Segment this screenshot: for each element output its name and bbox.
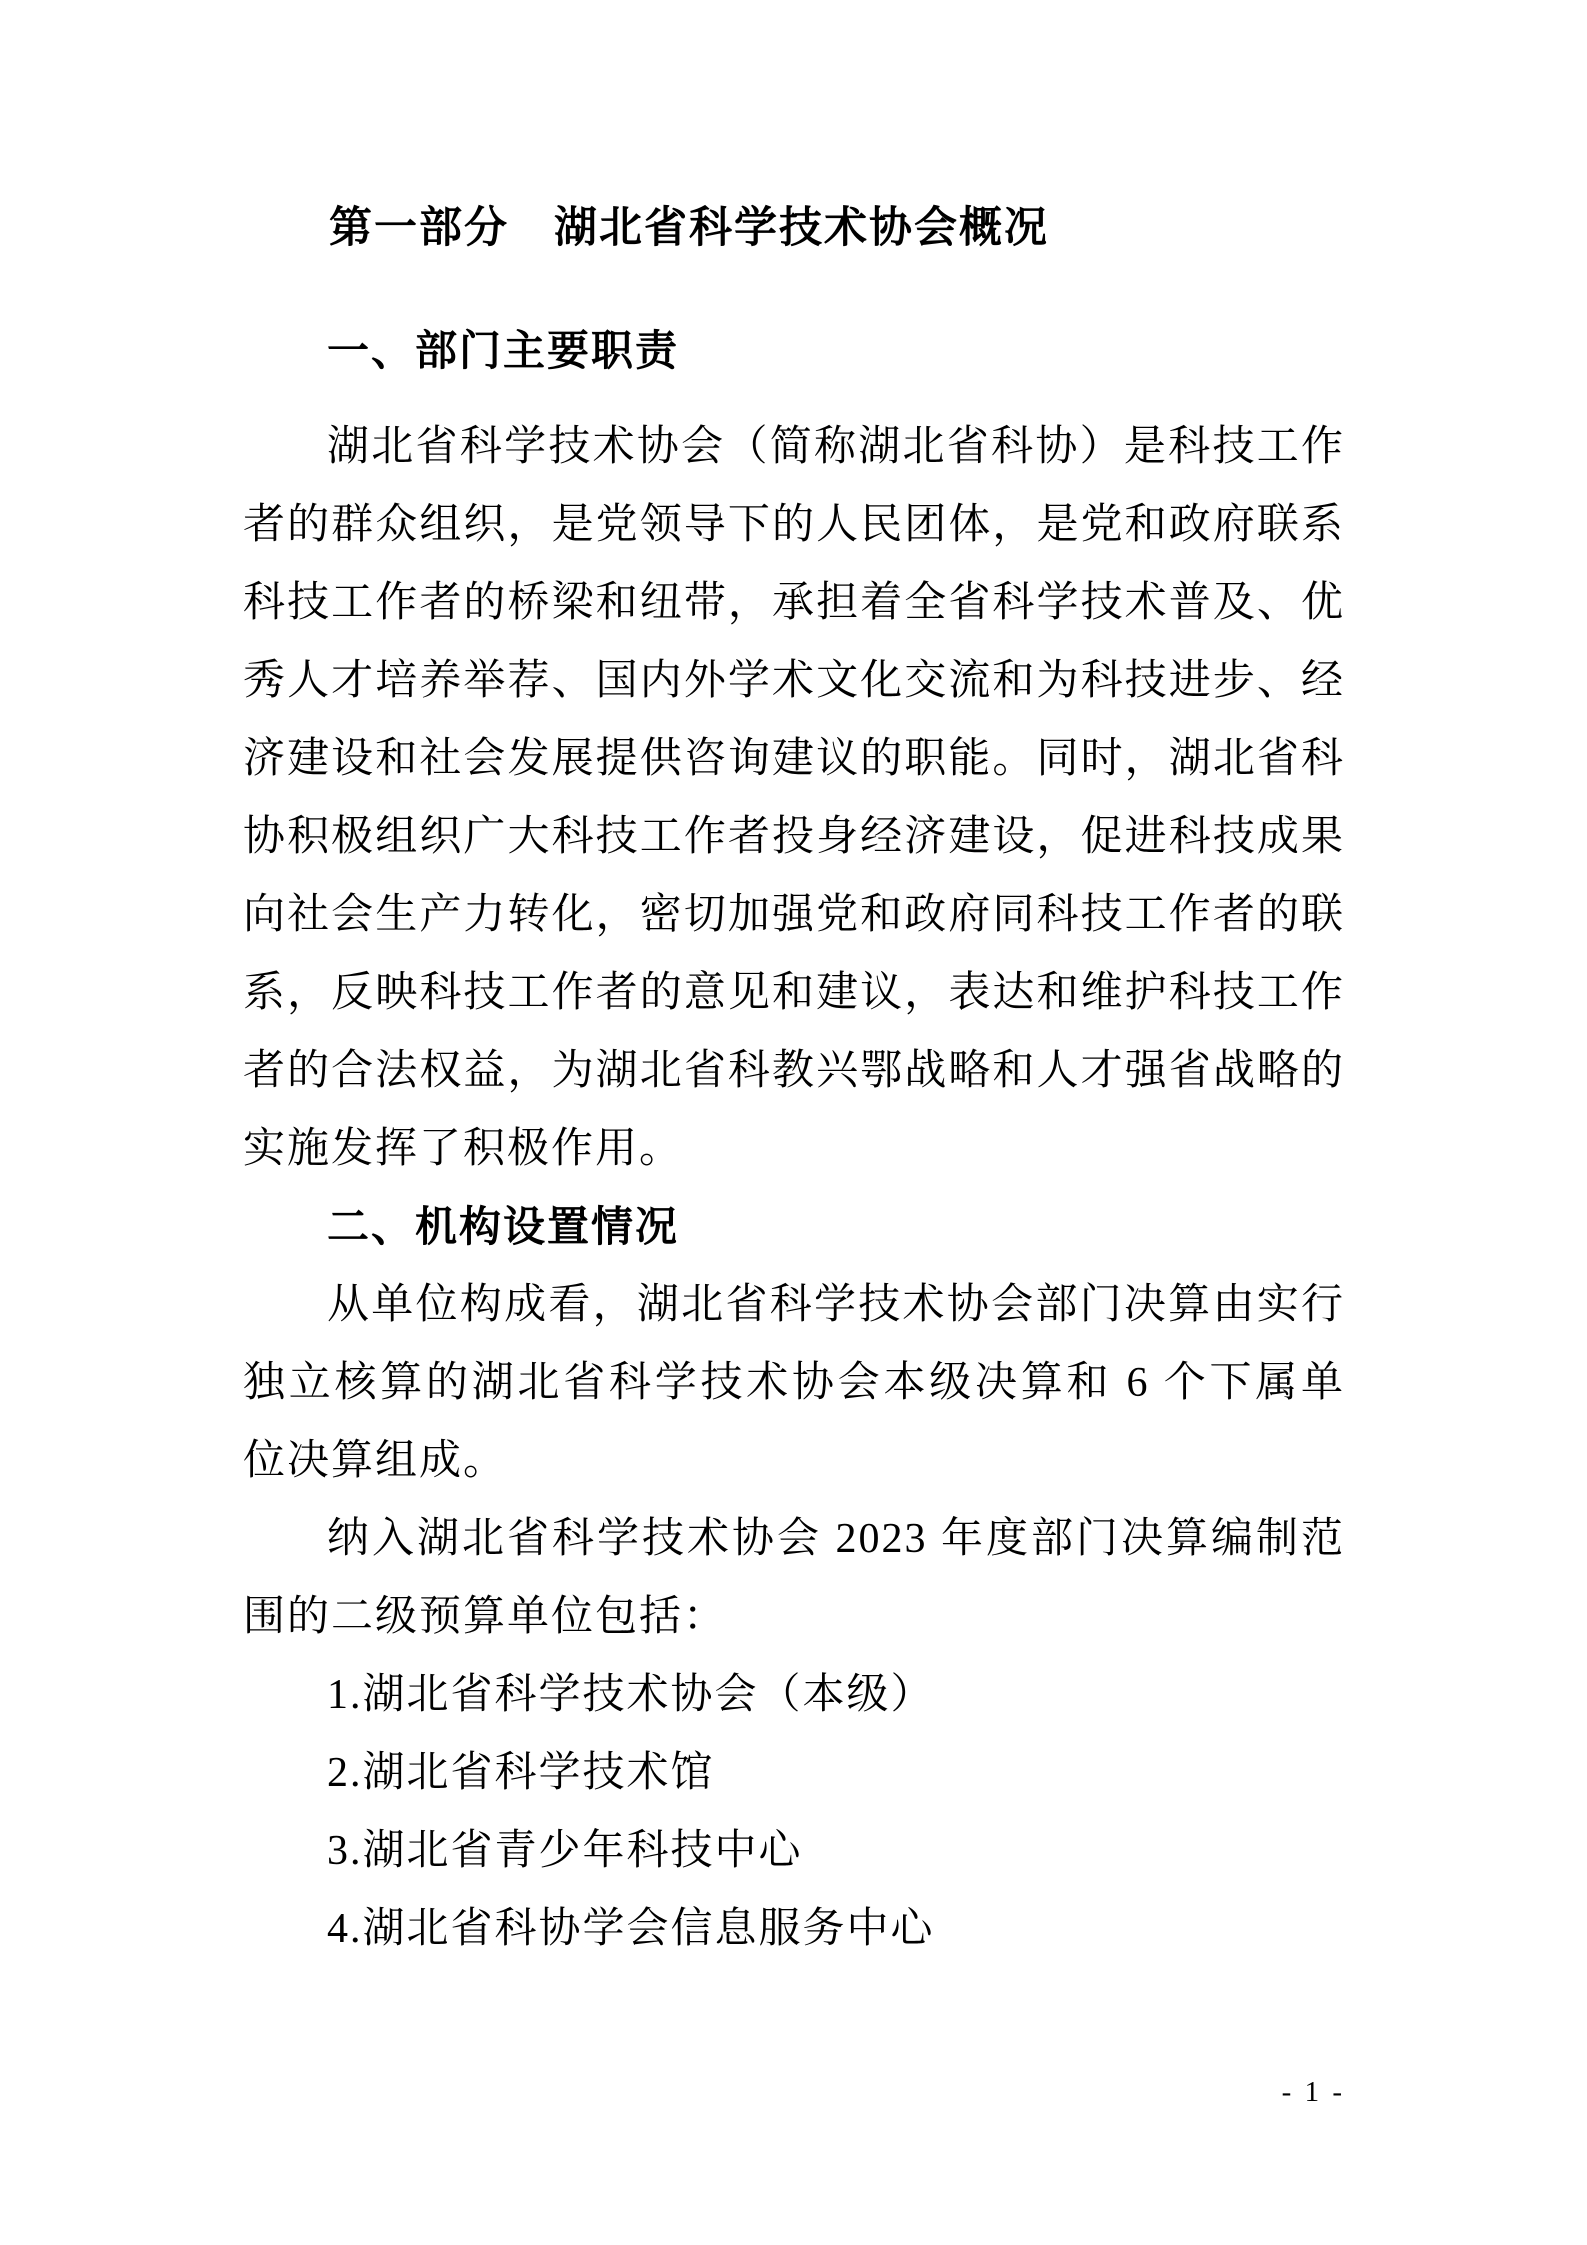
- section-duties-paragraph: 湖北省科学技术协会（简称湖北省科协）是科技工作者的群众组织，是党领导下的人民团体…: [243, 408, 1345, 1188]
- budget-unit-item-4: 4.湖北省科协学会信息服务中心: [243, 1890, 1345, 1968]
- document-page: 第一部分 湖北省科学技术协会概况 一、部门主要职责 湖北省科学技术协会（简称湖北…: [0, 0, 1587, 2245]
- budget-unit-item-2: 2.湖北省科学技术馆: [243, 1734, 1345, 1812]
- section-organization: 二、机构设置情况 从单位构成看，湖北省科学技术协会部门决算由实行独立核算的湖北省…: [243, 1188, 1345, 1968]
- budget-unit-list: 1.湖北省科学技术协会（本级） 2.湖北省科学技术馆 3.湖北省青少年科技中心 …: [243, 1656, 1345, 1968]
- budget-unit-item-1: 1.湖北省科学技术协会（本级）: [243, 1656, 1345, 1734]
- section-organization-paragraph-composition: 从单位构成看，湖北省科学技术协会部门决算由实行独立核算的湖北省科学技术协会本级决…: [243, 1266, 1345, 1500]
- document-content: 第一部分 湖北省科学技术协会概况 一、部门主要职责 湖北省科学技术协会（简称湖北…: [243, 0, 1345, 1968]
- document-title: 第一部分 湖北省科学技术协会概况: [243, 0, 1345, 256]
- section-organization-paragraph-scope: 纳入湖北省科学技术协会 2023 年度部门决算编制范围的二级预算单位包括：: [243, 1500, 1345, 1656]
- section-duties: 一、部门主要职责 湖北省科学技术协会（简称湖北省科协）是科技工作者的群众组织，是…: [243, 312, 1345, 1188]
- page-number: - 1 -: [1282, 2072, 1345, 2112]
- section-duties-heading: 一、部门主要职责: [243, 312, 1345, 390]
- budget-unit-item-3: 3.湖北省青少年科技中心: [243, 1812, 1345, 1890]
- section-organization-heading: 二、机构设置情况: [243, 1188, 1345, 1266]
